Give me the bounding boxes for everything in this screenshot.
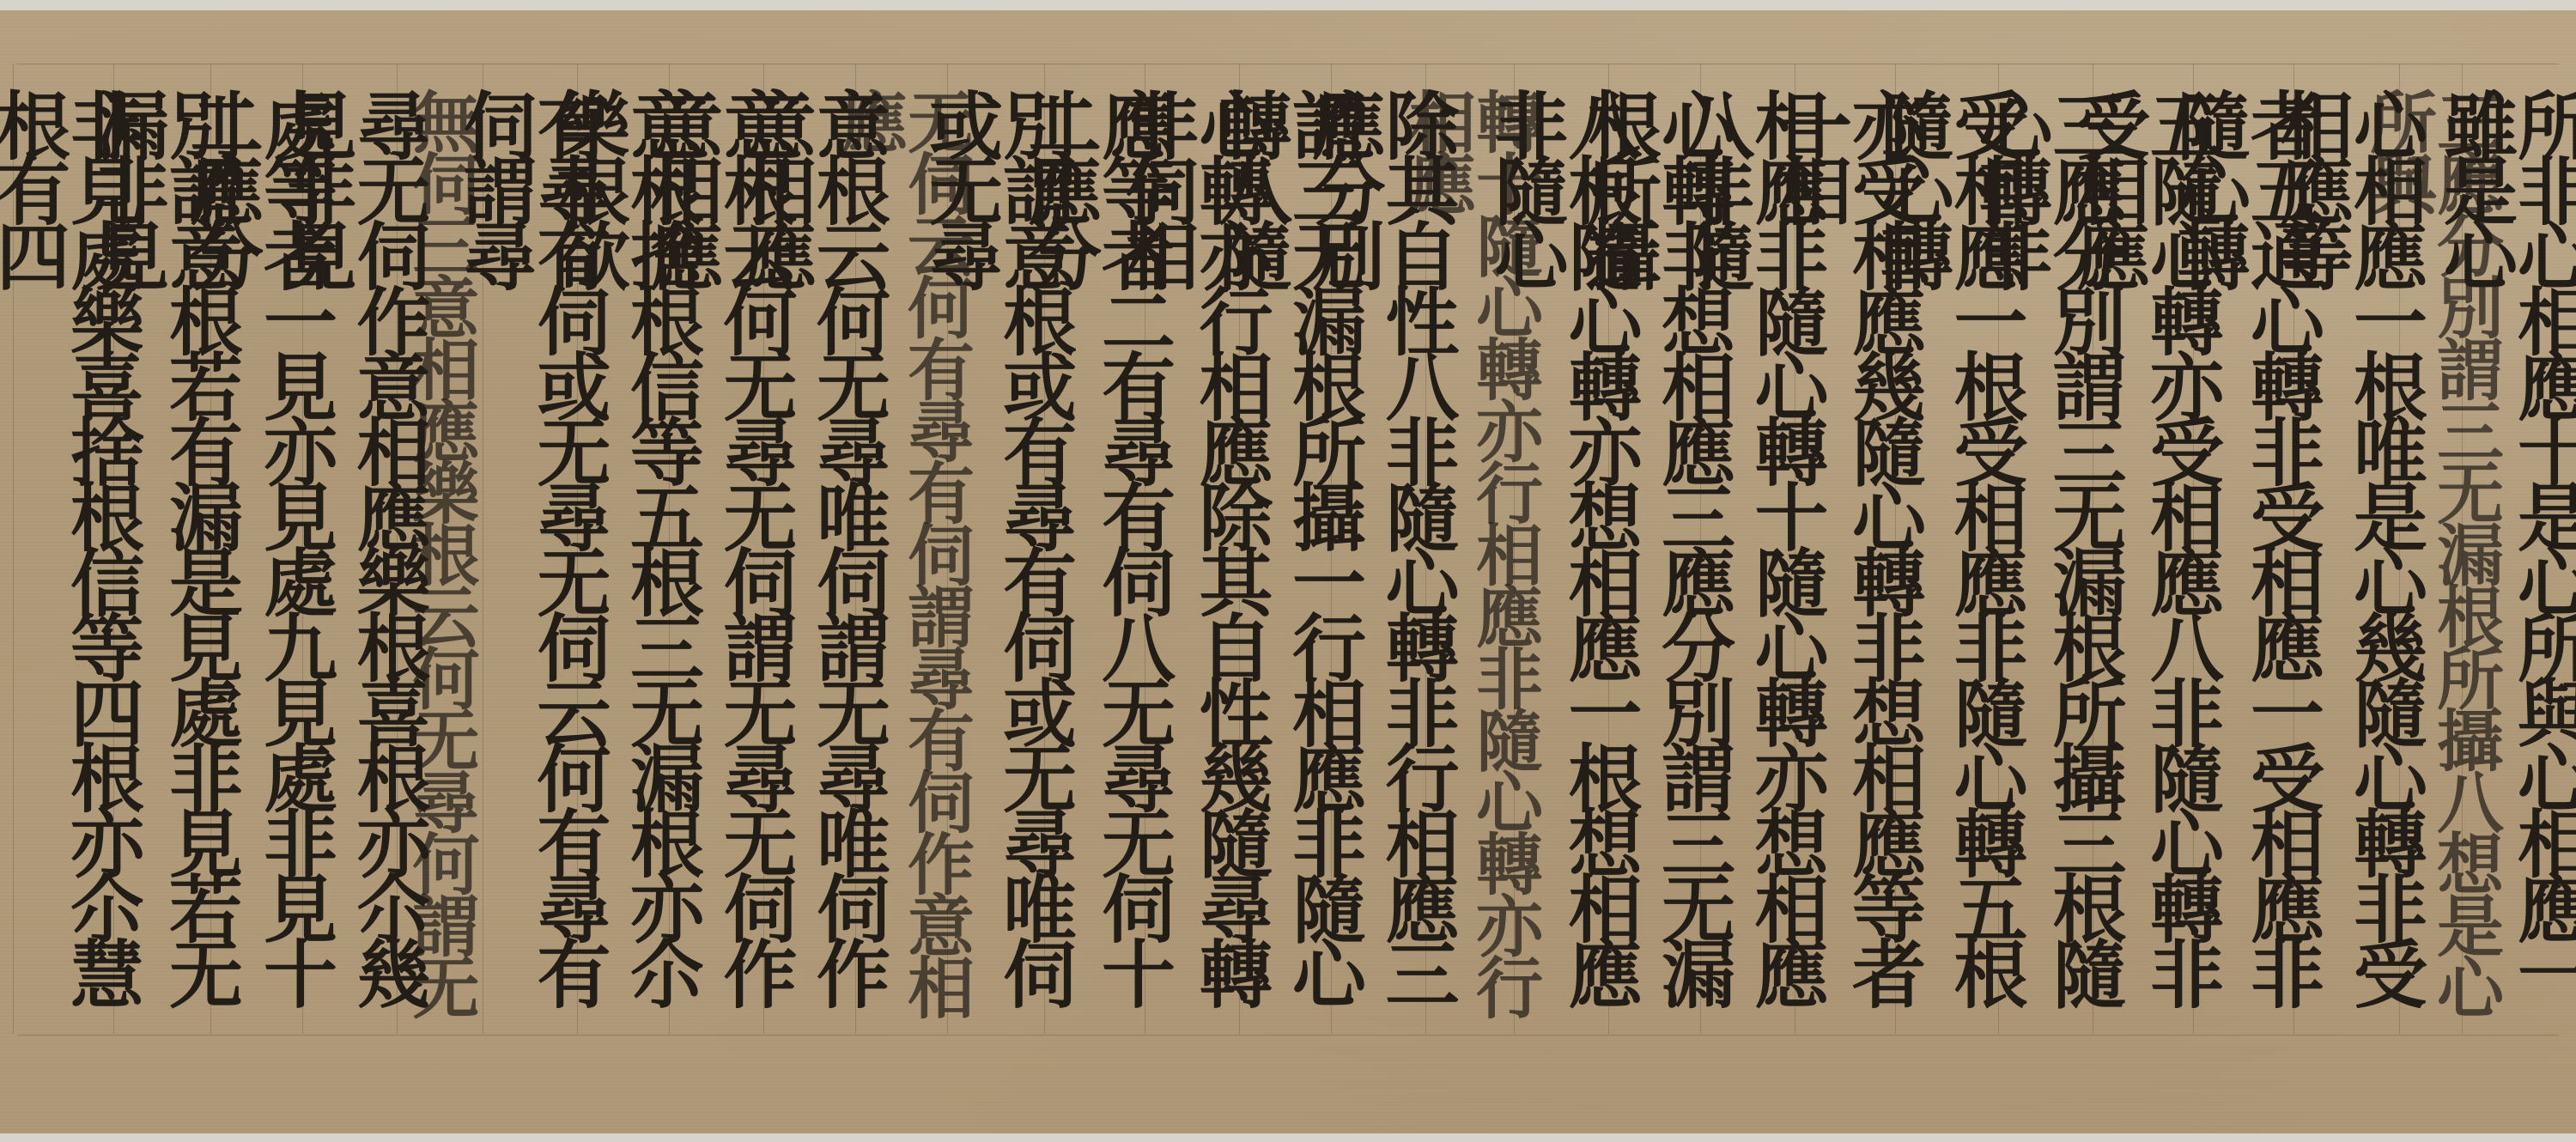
mount-top-edge xyxy=(0,0,2576,10)
text-column: 非見處樂喜捨根信等四根亦尒慧根有四 xyxy=(13,64,113,1034)
column-text: 非見處樂喜捨根信等四根亦尒慧根有四 xyxy=(0,88,137,1034)
text-column: 有尋有伺或无尋无伺云何有尋有伺謂尋 xyxy=(483,64,577,1034)
manuscript-scroll: 所非心相應十是心所與心相應一雖是心三應分別謂三无漏根所攝八想是心所與心相應一根唯… xyxy=(0,10,2576,1133)
text-columns: 所非心相應十是心所與心相應一雖是心三應分別謂三无漏根所攝八想是心所與心相應一根唯… xyxy=(17,64,2559,1034)
mount-bottom-edge xyxy=(0,1133,2576,1142)
